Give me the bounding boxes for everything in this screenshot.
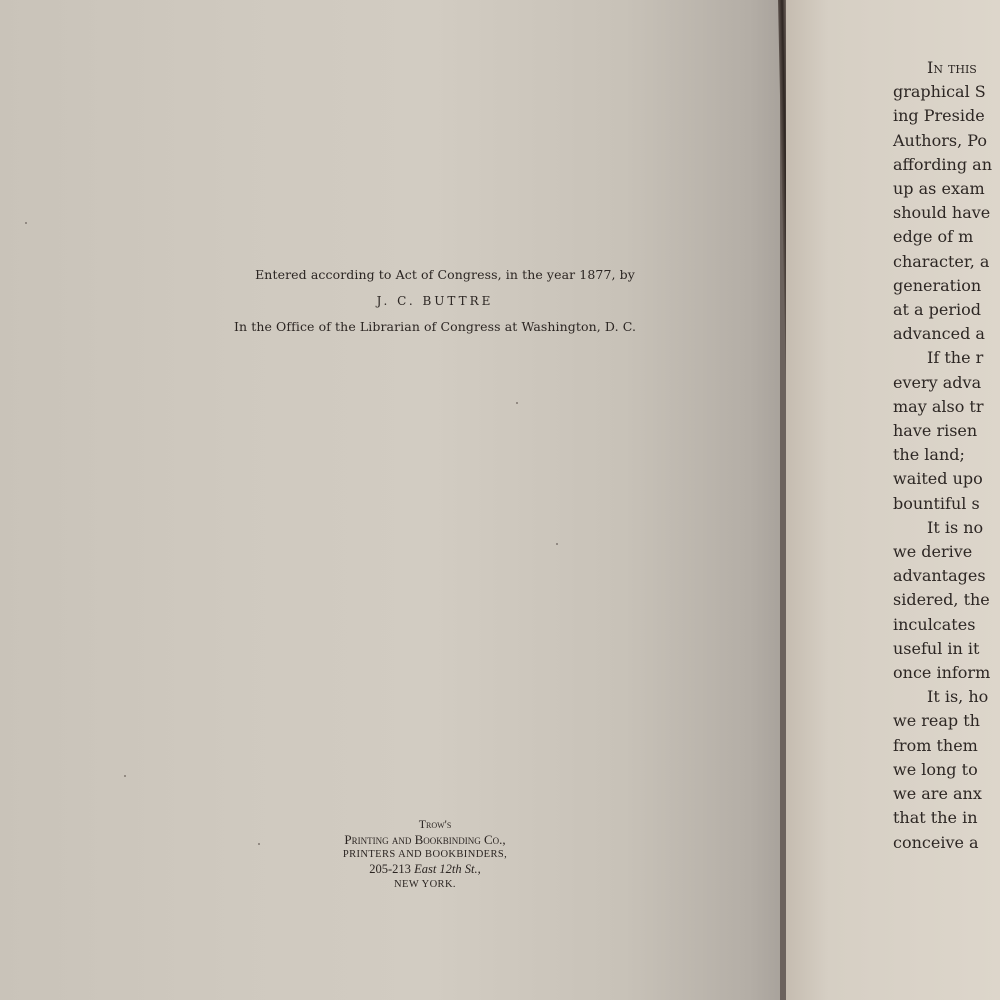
preface-line: sidered, the bbox=[893, 588, 1000, 612]
preface-line: we long to bbox=[893, 758, 1000, 782]
paper-speck bbox=[124, 775, 126, 777]
preface-line: Authors, Po bbox=[893, 129, 1000, 153]
preface-line: generation bbox=[893, 274, 1000, 298]
paper-speck bbox=[258, 843, 260, 845]
preface-line: It is, ho bbox=[893, 685, 1000, 709]
copyright-entered-line: Entered according to Act of Congress, in… bbox=[180, 262, 690, 288]
preface-line: edge of m bbox=[893, 225, 1000, 249]
preface-line: that the in bbox=[893, 806, 1000, 830]
preface-line: affording an bbox=[893, 153, 1000, 177]
preface-line: the land; bbox=[893, 443, 1000, 467]
preface-line: character, a bbox=[893, 250, 1000, 274]
preface-line: every adva bbox=[893, 371, 1000, 395]
preface-line: should have bbox=[893, 201, 1000, 225]
preface-line: from them bbox=[893, 734, 1000, 758]
printer-trade: PRINTERS AND BOOKBINDERS, bbox=[290, 847, 560, 862]
preface-line: bountiful s bbox=[893, 492, 1000, 516]
printer-address-street: East 12th St., bbox=[414, 862, 481, 876]
printer-name: Trow's bbox=[290, 817, 560, 832]
printer-city: NEW YORK. bbox=[290, 877, 560, 892]
preface-line: may also tr bbox=[893, 395, 1000, 419]
paper-speck bbox=[556, 543, 558, 545]
preface-line: advanced a bbox=[893, 322, 1000, 346]
preface-line: we derive bbox=[893, 540, 1000, 564]
preface-line: It is no bbox=[893, 516, 1000, 540]
preface-line: useful in it bbox=[893, 637, 1000, 661]
preface-line: up as exam bbox=[893, 177, 1000, 201]
preface-line: graphical S bbox=[893, 80, 1000, 104]
preface-line: we reap th bbox=[893, 709, 1000, 733]
preface-line: once inform bbox=[893, 661, 1000, 685]
preface-line: at a period bbox=[893, 298, 1000, 322]
preface-line: we are anx bbox=[893, 782, 1000, 806]
preface-line: have risen bbox=[893, 419, 1000, 443]
printer-imprint: Trow's Printing and Bookbinding Co., PRI… bbox=[290, 817, 560, 892]
printer-company: Printing and Bookbinding Co., bbox=[290, 832, 560, 847]
copyright-holder-name: J. C. BUTTRE bbox=[180, 288, 690, 314]
preface-line: inculcates bbox=[893, 613, 1000, 637]
preface-line: ing Preside bbox=[893, 104, 1000, 128]
paper-speck bbox=[516, 402, 518, 404]
printer-address: 205-213 East 12th St., bbox=[290, 862, 560, 877]
preface-text: In thisgraphical Sing PresideAuthors, Po… bbox=[893, 56, 1000, 855]
printer-address-number: 205-213 bbox=[369, 862, 411, 876]
preface-line: In this bbox=[893, 56, 1000, 80]
copyright-notice: Entered according to Act of Congress, in… bbox=[180, 262, 690, 340]
preface-line: advantages bbox=[893, 564, 1000, 588]
paper-speck bbox=[25, 222, 27, 224]
copyright-office-line: In the Office of the Librarian of Congre… bbox=[180, 314, 690, 340]
preface-line: If the r bbox=[893, 346, 1000, 370]
left-page-copyright: Entered according to Act of Congress, in… bbox=[0, 0, 780, 1000]
preface-line: waited upo bbox=[893, 467, 1000, 491]
preface-line: conceive a bbox=[893, 831, 1000, 855]
